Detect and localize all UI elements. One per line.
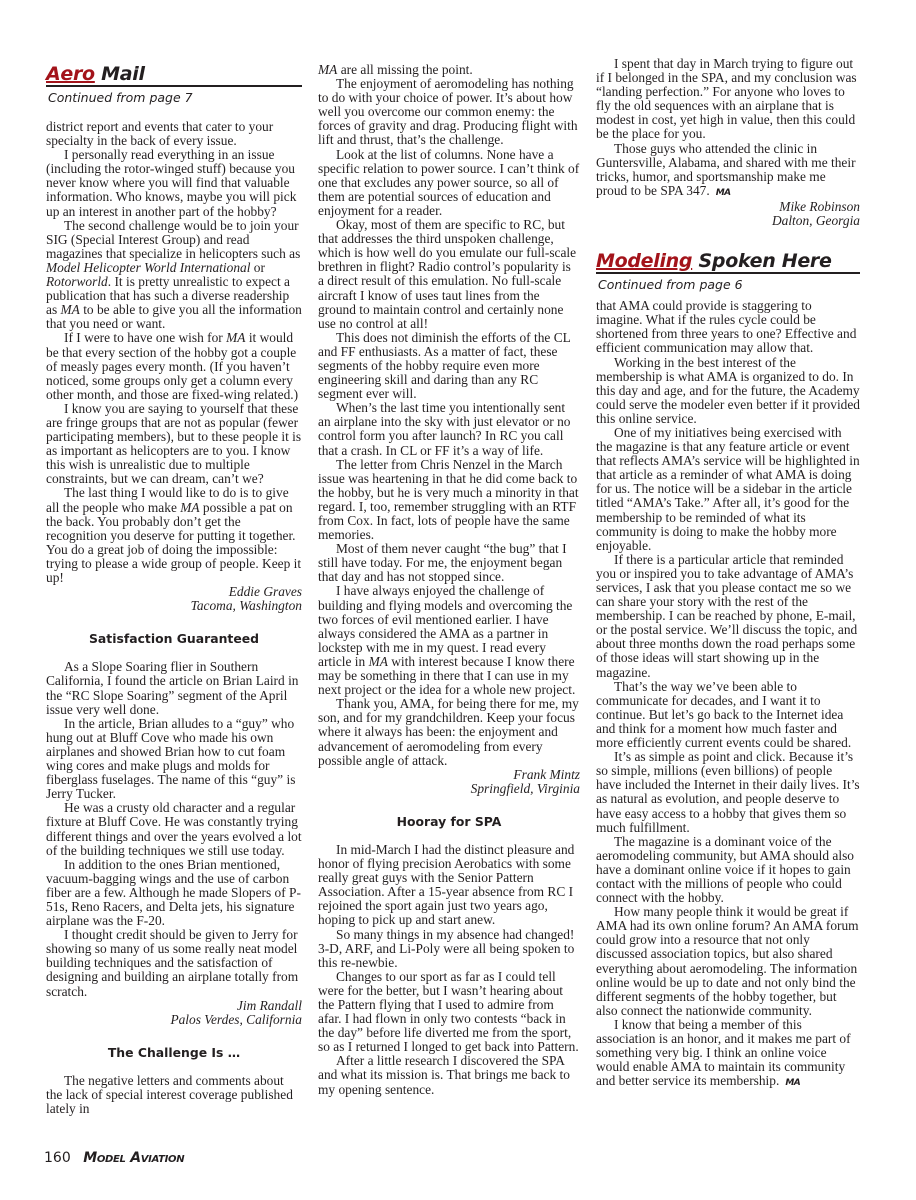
paragraph: One of my initiatives being exercised wi… xyxy=(596,426,860,553)
author-location: Palos Verdes, California xyxy=(46,1013,302,1027)
paragraph: He was a crusty old character and a regu… xyxy=(46,801,302,857)
section-title-aero-mail: Aero Mail xyxy=(46,63,302,87)
paragraph: Those guys who attended the clinic in Gu… xyxy=(596,142,860,200)
paragraph: I spent that day in March trying to figu… xyxy=(596,57,860,142)
letter-mike-robinson: Hooray for SPA In mid-March I had the di… xyxy=(318,815,580,1097)
letter-eddie-graves: district report and events that cater to… xyxy=(46,120,302,613)
author-location: Springfield, Virginia xyxy=(318,782,580,796)
letter-heading: Hooray for SPA xyxy=(318,815,580,829)
paragraph: The enjoyment of aeromodeling has nothin… xyxy=(318,77,580,147)
section-modeling-spoken-here: Modeling Spoken Here Continued from page… xyxy=(596,250,860,1090)
author-name: Jim Randall xyxy=(46,999,302,1013)
paragraph: The last thing I would like to do is to … xyxy=(46,486,302,585)
author-name: Frank Mintz xyxy=(318,768,580,782)
column-2: MA are all missing the point. The enjoym… xyxy=(318,63,580,1097)
continued-from-note: Continued from page 7 xyxy=(48,90,302,106)
paragraph: district report and events that cater to… xyxy=(46,120,302,148)
paragraph: In addition to the ones Brian mentioned,… xyxy=(46,858,302,928)
paragraph: This does not diminish the efforts of th… xyxy=(318,331,580,401)
paragraph: The second challenge would be to join yo… xyxy=(46,219,302,332)
letter-heading: The Challenge Is … xyxy=(46,1046,302,1060)
paragraph: After a little research I discovered the… xyxy=(318,1054,580,1096)
paragraph: As a Slope Soaring flier in Southern Cal… xyxy=(46,660,302,716)
author-name: Mike Robinson xyxy=(596,200,860,214)
author-location: Dalton, Georgia xyxy=(596,214,860,228)
column-1: Aero Mail Continued from page 7 district… xyxy=(46,63,302,1116)
paragraph: Okay, most of them are specific to RC, b… xyxy=(318,218,580,331)
paragraph: How many people think it would be great … xyxy=(596,905,860,1018)
letter-heading: Satisfaction Guaranteed xyxy=(46,632,302,646)
end-mark-icon: MA xyxy=(716,188,731,198)
paragraph: Most of them never caught “the bug” that… xyxy=(318,542,580,584)
letter-jim-randall: Satisfaction Guaranteed As a Slope Soari… xyxy=(46,632,302,1027)
letter-mike-robinson-cont: I spent that day in March trying to figu… xyxy=(596,57,860,228)
letter-frank-mintz-start: The Challenge Is … The negative letters … xyxy=(46,1046,302,1116)
paragraph: The negative letters and comments about … xyxy=(46,1074,302,1116)
paragraph: I personally read everything in an issue… xyxy=(46,148,302,218)
paragraph: Working in the best interest of the memb… xyxy=(596,356,860,426)
magazine-name: Model Aviation xyxy=(83,1150,184,1166)
page-footer: 160 Model Aviation xyxy=(44,1150,184,1166)
paragraph: MA are all missing the point. xyxy=(318,63,580,77)
author-location: Tacoma, Washington xyxy=(46,599,302,613)
author-name: Eddie Graves xyxy=(46,585,302,599)
continued-from-note: Continued from page 6 xyxy=(598,277,860,293)
column-3: I spent that day in March trying to figu… xyxy=(596,63,860,1090)
paragraph: I know you are saying to yourself that t… xyxy=(46,402,302,487)
paragraph: that AMA could provide is staggering to … xyxy=(596,299,860,355)
paragraph: I know that being a member of this assoc… xyxy=(596,1018,860,1090)
paragraph: In mid-March I had the distinct pleasure… xyxy=(318,843,580,928)
section-title-modeling-spoken-here: Modeling Spoken Here xyxy=(596,250,860,274)
paragraph: That’s the way we’ve been able to commun… xyxy=(596,680,860,750)
paragraph: If there is a particular article that re… xyxy=(596,553,860,680)
paragraph: Changes to our sport as far as I could t… xyxy=(318,970,580,1055)
paragraph: In the article, Brian alludes to a “guy”… xyxy=(46,717,302,802)
paragraph: I have always enjoyed the challenge of b… xyxy=(318,584,580,697)
paragraph: The magazine is a dominant voice of the … xyxy=(596,835,860,905)
paragraph: So many things in my absence had changed… xyxy=(318,928,580,970)
paragraph: If I were to have one wish for MA it wou… xyxy=(46,331,302,401)
paragraph: Look at the list of columns. None have a… xyxy=(318,148,580,218)
paragraph: The letter from Chris Nenzel in the Marc… xyxy=(318,458,580,543)
page-number: 160 xyxy=(44,1150,71,1166)
paragraph: It’s as simple as point and click. Becau… xyxy=(596,750,860,835)
letter-frank-mintz: MA are all missing the point. The enjoym… xyxy=(318,63,580,796)
paragraph: When’s the last time you intentionally s… xyxy=(318,401,580,457)
paragraph: Thank you, AMA, for being there for me, … xyxy=(318,697,580,767)
paragraph: I thought credit should be given to Jerr… xyxy=(46,928,302,998)
end-mark-icon: MA xyxy=(785,1078,800,1088)
